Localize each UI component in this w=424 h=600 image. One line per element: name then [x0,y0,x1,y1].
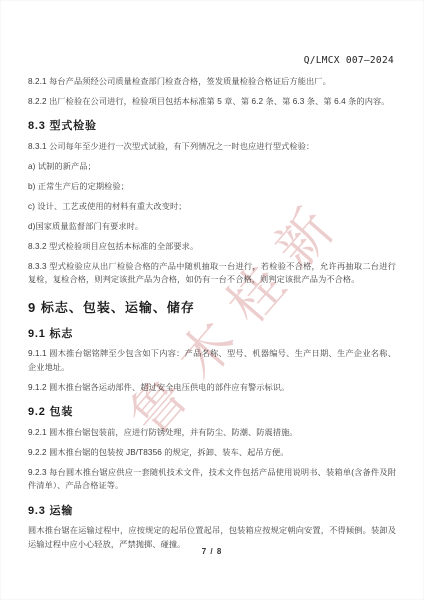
paragraph: c) 设计、工艺或使用的材料有重大改变时； [28,200,396,214]
paragraph: 9.1.2 圆木推台锯各运动部件、超过安全电压供电的部件应有警示标识。 [28,381,396,395]
paragraph: 8.3.2 型式检验项目应包括本标准的全部要求。 [28,240,396,254]
paragraph: 9.2.1 圆木推台锯包装前，应进行防锈处理，并有防尘、防潮、防震措施。 [28,426,396,440]
section-heading: 9.3 运输 [28,502,396,518]
paragraph: 8.2.1 每台产品须经公司质量检查部门检查合格，签发质量检验合格证后方能出厂。 [28,75,396,89]
page-number: 7 / 8 [202,547,223,556]
paragraph: 8.3.1 公司每年至少进行一次型式试验，有下列情况之一时也应进行型式检验： [28,140,396,154]
document-content: 8.2.1 每台产品须经公司质量检查部门检查合格，签发质量检验合格证后方能出厂。… [28,68,396,558]
page-footer: 7 / 8 [0,541,424,559]
paragraph: 9.2.2 圆木推台锯的包装按 JB/T8356 的规定，拆卸、装车、起吊方便。 [28,446,396,460]
section-heading: 9 标志、包装、运输、储存 [28,297,396,316]
standard-number: Q/LMCX 007—2024 [304,55,394,66]
paragraph: 8.2.2 出厂检验在公司进行，检验项目包括本标准第 5 章、第 6.2 条、第… [28,95,396,109]
paragraph: 8.3.3 型式检验应从出厂检验合格的产品中随机抽取一台进行，若检验不合格，允许… [28,260,396,287]
paragraph: 9.1.1 圆木推台锯铭牌至少包含如下内容：产品名称、型号、机器编号、生产日期、… [28,347,396,374]
paragraph: b) 正常生产后的定期检验； [28,180,396,194]
paragraph: d)国家质量监督部门有要求时。 [28,220,396,234]
document-page: Q/LMCX 007—2024 鲁木桂新 8.2.1 每台产品须经公司质量检查部… [0,0,424,600]
section-heading: 8.3 型式检验 [28,117,396,133]
section-heading: 9.1 标志 [28,325,396,341]
paragraph: a) 试制的新产品； [28,160,396,174]
document-header: Q/LMCX 007—2024 [28,50,394,68]
section-heading: 9.2 包装 [28,403,396,419]
paragraph: 9.2.3 每台圆木推台锯应供应一套随机技术文件，技术文件包括产品使用说明书、装… [28,466,396,493]
